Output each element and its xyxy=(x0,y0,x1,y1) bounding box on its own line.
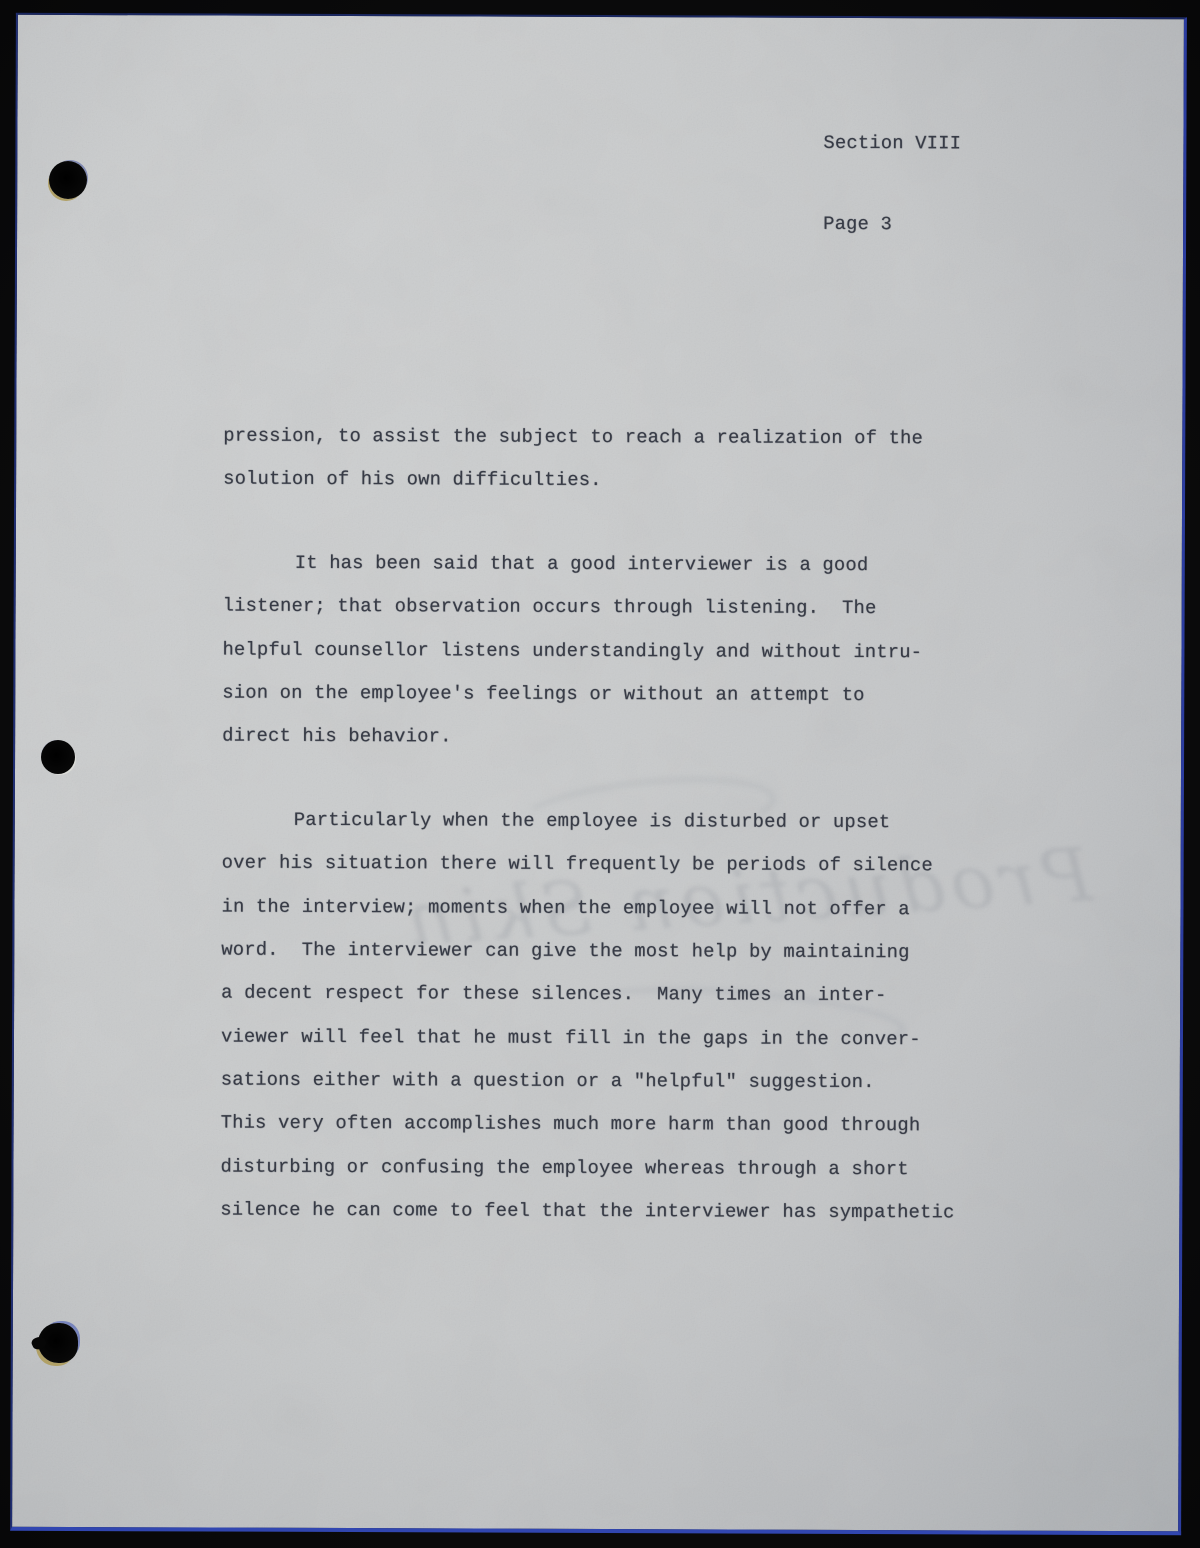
page-number-label: Page 3 xyxy=(823,211,961,239)
text-line: silence he can come to feel that the int… xyxy=(220,1189,1000,1235)
document-body: pression, to assist the subject to reach… xyxy=(220,415,1003,1236)
text-line: viewer will feel that he must fill in th… xyxy=(221,1015,1001,1061)
document-page: Production Skin Section VIII Page 3 pres… xyxy=(10,13,1187,1535)
punch-hole-middle xyxy=(41,740,75,774)
punch-hole-top xyxy=(49,161,87,199)
scanned-page-view: Production Skin Section VIII Page 3 pres… xyxy=(0,0,1200,1548)
text-line: direct his behavior. xyxy=(222,715,1002,761)
page-header: Section VIII Page 3 xyxy=(823,76,961,293)
text-line: listener; that observation occurs throug… xyxy=(223,585,1003,631)
text-line: helpful counsellor listens understanding… xyxy=(222,628,1002,674)
punch-hole-bottom xyxy=(38,1323,78,1363)
text-line: disturbing or confusing the employee whe… xyxy=(220,1145,1000,1191)
text-line: sations either with a question or a "hel… xyxy=(221,1059,1001,1105)
text-line: over his situation there will frequently… xyxy=(222,842,1002,888)
text-line: Particularly when the employee is distur… xyxy=(222,798,1002,844)
text-line: solution of his own difficulties. xyxy=(223,458,1003,504)
text-line: pression, to assist the subject to reach… xyxy=(223,415,1003,461)
paragraph-continuation: pression, to assist the subject to reach… xyxy=(223,415,1003,505)
text-line: word. The interviewer can give the most … xyxy=(221,928,1001,974)
text-line: a decent respect for these silences. Man… xyxy=(221,972,1001,1018)
text-line: This very often accomplishes much more h… xyxy=(221,1102,1001,1148)
text-line: in the interview; moments when the emplo… xyxy=(221,885,1001,931)
text-line: It has been said that a good interviewer… xyxy=(223,541,1003,587)
paragraph-good-listener: It has been said that a good interviewer… xyxy=(222,541,1003,761)
text-line: sion on the employee's feelings or witho… xyxy=(222,672,1002,718)
section-label: Section VIII xyxy=(823,130,961,158)
paragraph-silences: Particularly when the employee is distur… xyxy=(220,798,1002,1235)
